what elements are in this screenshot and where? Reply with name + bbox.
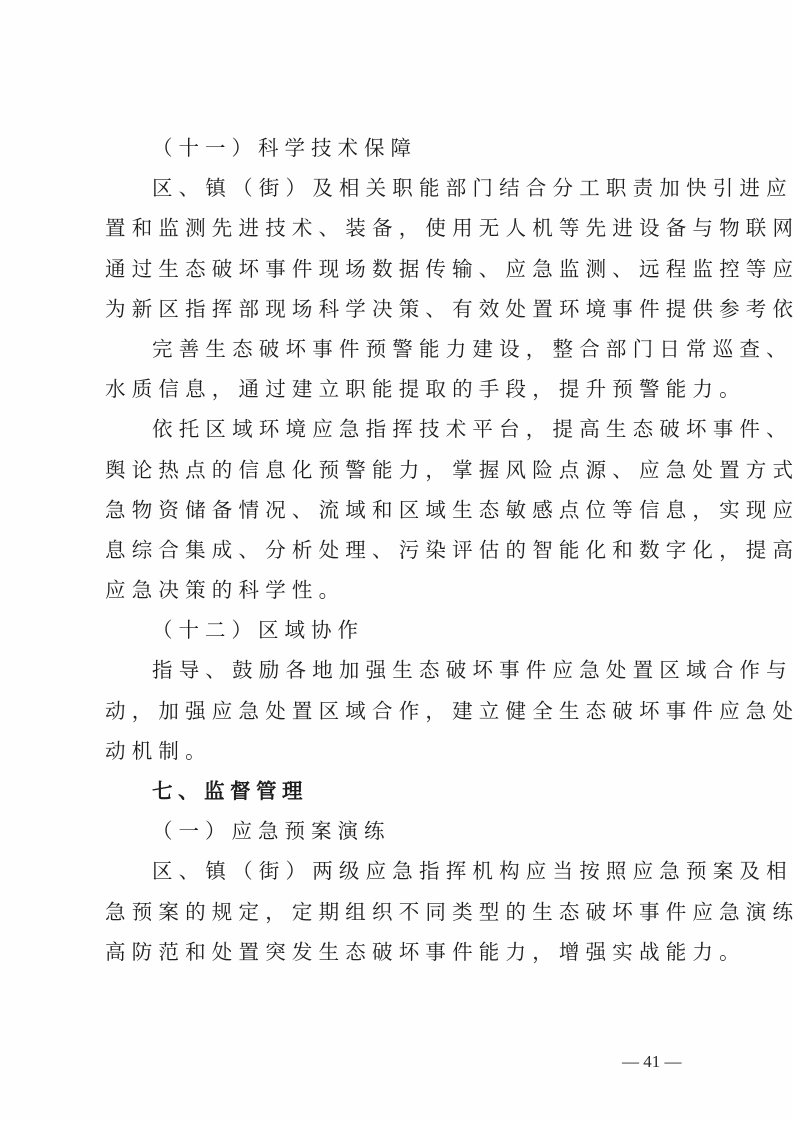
paragraph-line: 息综合集成、分析处理、污染评估的智能化和数字化，提高环境	[105, 530, 697, 570]
subheading-regional-cooperation: （十二）区域协作	[105, 610, 697, 650]
paragraph-line: 完善生态破坏事件预警能力建设，整合部门日常巡查、河流	[105, 329, 697, 369]
paragraph-line: 水质信息，通过建立职能提取的手段，提升预警能力。	[105, 369, 697, 409]
paragraph-line: 舆论热点的信息化预警能力，掌握风险点源、应急处置方式、应	[105, 450, 697, 490]
paragraph-line: 区、镇（街）两级应急指挥机构应当按照应急预案及相关应	[105, 851, 697, 891]
subheading-science-tech-support: （十一）科学技术保障	[105, 128, 697, 168]
paragraph-line: 应急决策的科学性。	[105, 570, 697, 610]
paragraph-line: 急预案的规定，定期组织不同类型的生态破坏事件应急演练，提	[105, 892, 697, 932]
paragraph-line: 依托区域环境应急指挥技术平台，提高生态破坏事件、网络	[105, 409, 697, 449]
paragraph-line: 通过生态破坏事件现场数据传输、应急监测、远程监控等应用，	[105, 249, 697, 289]
document-page: （十一）科学技术保障 区、镇（街）及相关职能部门结合分工职责加快引进应急处 置和…	[0, 0, 793, 1121]
paragraph-line: 动，加强应急处置区域合作，建立健全生态破坏事件应急处置联	[105, 691, 697, 731]
subheading-emergency-drill: （一）应急预案演练	[105, 811, 697, 851]
page-number: — 41 —	[622, 1052, 702, 1072]
paragraph-line: 区、镇（街）及相关职能部门结合分工职责加快引进应急处	[105, 168, 697, 208]
paragraph-line: 急物资储备情况、流域和区域生态敏感点位等信息，实现应急信	[105, 490, 697, 530]
paragraph-line: 置和监测先进技术、装备，使用无人机等先进设备与物联网技术，	[105, 208, 697, 248]
heading-supervision-management: 七、监督管理	[105, 771, 697, 811]
paragraph-line: 为新区指挥部现场科学决策、有效处置环境事件提供参考依据。	[105, 289, 697, 329]
paragraph-line: 高防范和处置突发生态破坏事件能力，增强实战能力。	[105, 932, 697, 972]
paragraph-line: 指导、鼓励各地加强生态破坏事件应急处置区域合作与联	[105, 650, 697, 690]
paragraph-line: 动机制。	[105, 731, 697, 771]
document-body: （十一）科学技术保障 区、镇（街）及相关职能部门结合分工职责加快引进应急处 置和…	[105, 128, 697, 972]
